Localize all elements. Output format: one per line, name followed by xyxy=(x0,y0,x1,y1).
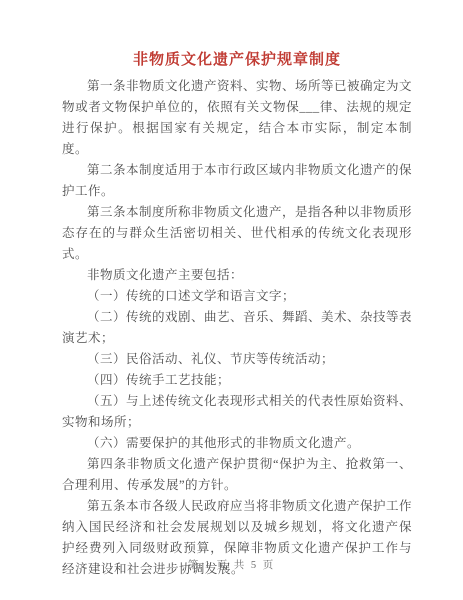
paragraph-article-1: 第一条非物质文化遗产资料、实物、场所等已被确定为文物或者文物保护单位的，依照有关… xyxy=(62,76,412,160)
paragraph-item-3: （三）民俗活动、礼仪、节庆等传统活动； xyxy=(62,349,412,370)
paragraph-article-3: 第三条本制度所称非物质文化遗产，是指各种以非物质形态存在的与群众生活密切相关、世… xyxy=(62,202,412,265)
page-number: 第 1 页 共 5 页 xyxy=(0,557,463,572)
paragraph-includes-intro: 非物质文化遗产主要包括： xyxy=(62,265,412,286)
paragraph-item-6: （六）需要保护的其他形式的非物质文化遗产。 xyxy=(62,433,412,454)
paragraph-item-1: （一）传统的口述文学和语言文字； xyxy=(62,286,412,307)
paragraph-item-5: （五）与上述传统文化表现形式相关的代表性原始资料、实物和场所； xyxy=(62,391,412,433)
document-page: 非物质文化遗产保护规章制度 第一条非物质文化遗产资料、实物、场所等已被确定为文物… xyxy=(0,0,463,600)
paragraph-article-2: 第二条本制度适用于本市行政区域内非物质文化遗产的保护工作。 xyxy=(62,160,412,202)
document-body: 第一条非物质文化遗产资料、实物、场所等已被确定为文物或者文物保护单位的，依照有关… xyxy=(62,76,412,580)
paragraph-item-2: （二）传统的戏剧、曲艺、音乐、舞蹈、美术、杂技等表演艺术； xyxy=(62,307,412,349)
paragraph-item-4: （四）传统手工艺技能； xyxy=(62,370,412,391)
paragraph-article-4: 第四条非物质文化遗产保护贯彻“保护为主、抢救第一、合理利用、传承发展”的方针。 xyxy=(62,454,412,496)
document-title: 非物质文化遗产保护规章制度 xyxy=(62,50,412,70)
